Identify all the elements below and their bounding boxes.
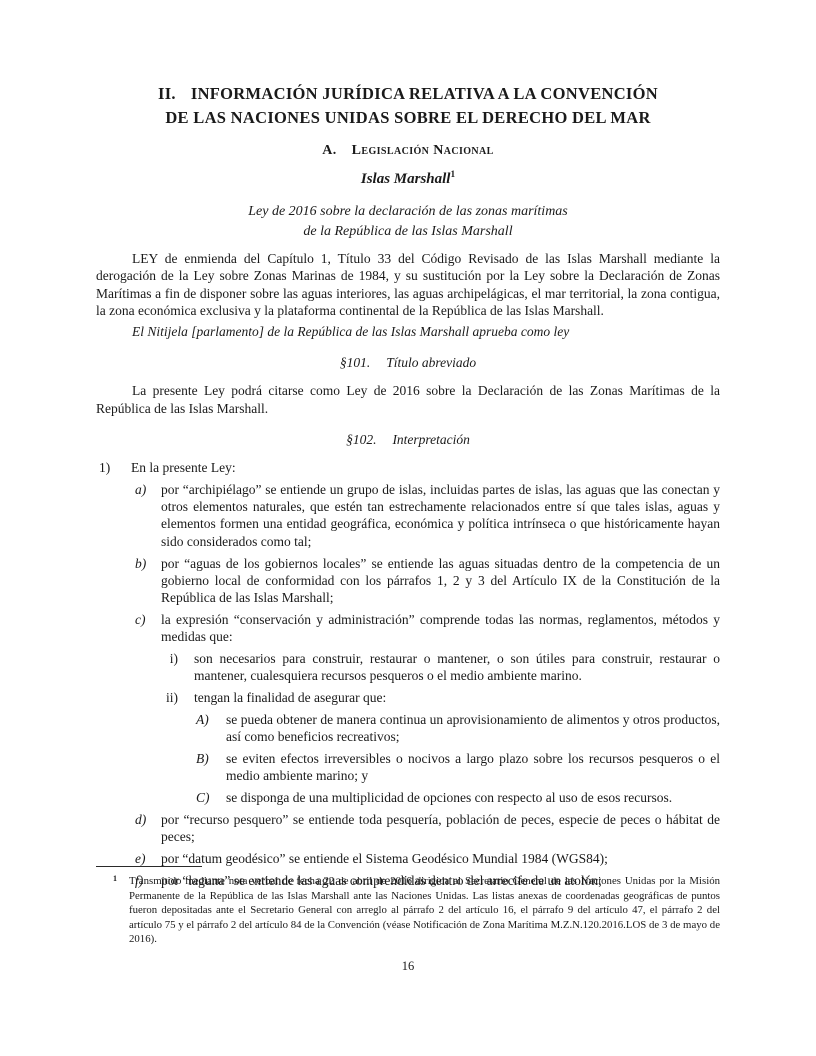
section-a-letter: A. [322, 143, 336, 158]
title-line1: II.INFORMACIÓN JURÍDICA RELATIVA A LA CO… [158, 84, 658, 103]
enacting-clause: El Nitijela [parlamento] de la República… [96, 323, 720, 340]
footnote-separator-rule [96, 866, 202, 867]
definition-text: por “aguas de los gobiernos locales” se … [161, 556, 720, 606]
definition-text: por “recurso pesquero” se entiende toda … [161, 812, 720, 844]
section-102-number: §102. [346, 432, 376, 447]
definition-item-d: d) por “recurso pesquero” se entiende to… [96, 811, 720, 846]
footnote-section: 1 Transmitido mediante nota verbal de fe… [96, 866, 720, 947]
list-item-text: En la presente Ley: [131, 460, 236, 475]
subsubitem-A: A) se pueda obtener de manera continua u… [96, 711, 720, 746]
list-marker: b) [135, 555, 146, 572]
section-101-heading: §101.Título abreviado [96, 355, 720, 371]
title-line1-text: INFORMACIÓN JURÍDICA RELATIVA A LA CONVE… [191, 84, 658, 103]
list-item-intro: 1) En la presente Ley: [96, 459, 720, 476]
subsubitem-text: se pueda obtener de manera continua un a… [226, 712, 720, 744]
footnote-text: Transmitido mediante nota verbal de fech… [129, 875, 720, 945]
subsubitem-C: C) se disponga de una multiplicidad de o… [96, 789, 720, 806]
list-marker: C) [196, 789, 210, 806]
list-marker: e) [135, 850, 146, 867]
country-heading: Islas Marshall1 [96, 171, 720, 188]
title-numeral: II. [158, 84, 176, 103]
definition-text: por “archipiélago” se entiende un grupo … [161, 482, 720, 549]
list-marker: i) [152, 650, 178, 667]
list-marker: c) [135, 611, 146, 628]
page-number: 16 [0, 959, 816, 974]
subitem-i: i) son necesarios para construir, restau… [96, 650, 720, 685]
law-title-line1: Ley de 2016 sobre la declaración de las … [248, 204, 568, 219]
title-line2-text: DE LAS NACIONES UNIDAS SOBRE EL DERECHO … [165, 108, 650, 127]
subsubitem-B: B) se eviten efectos irreversibles o noc… [96, 750, 720, 785]
subsubitem-text: se disponga de una multiplicidad de opci… [226, 790, 672, 805]
section-101-title: Título abreviado [386, 355, 476, 370]
page-title: II.INFORMACIÓN JURÍDICA RELATIVA A LA CO… [96, 82, 720, 130]
section-102-title: Interpretación [392, 432, 469, 447]
section-102-heading: §102.Interpretación [96, 432, 720, 448]
subitem-text: tengan la finalidad de asegurar que: [194, 690, 386, 705]
definition-item-c: c) la expresión “conservación y administ… [96, 611, 720, 646]
list-marker: d) [135, 811, 146, 828]
definition-text: por “datum geodésico” se entiende el Sis… [161, 851, 608, 866]
law-title: Ley de 2016 sobre la declaración de las … [96, 202, 720, 241]
footnote-reference: 1 [450, 170, 455, 180]
subsubitem-text: se eviten efectos irreversibles o nocivo… [226, 751, 720, 783]
definition-item-a: a) por “archipiélago” se entiende un gru… [96, 481, 720, 550]
section-a-label: Legislación Nacional [352, 143, 494, 158]
footnote-marker: 1 [113, 872, 117, 887]
definition-item-b: b) por “aguas de los gobiernos locales” … [96, 555, 720, 607]
section-101-number: §101. [340, 355, 370, 370]
subitem-ii: ii) tengan la finalidad de asegurar que: [96, 689, 720, 706]
list-marker: 1) [99, 459, 110, 476]
preamble-paragraph: LEY de enmienda del Capítulo 1, Título 3… [96, 250, 720, 319]
definition-item-e: e) por “datum geodésico” se entiende el … [96, 850, 720, 867]
law-title-line2: de la República de las Islas Marshall [303, 224, 512, 239]
country-name: Islas Marshall [361, 171, 451, 187]
list-marker: ii) [152, 689, 178, 706]
list-marker: a) [135, 481, 146, 498]
subitem-text: son necesarios para construir, restaurar… [194, 651, 720, 683]
section-101-body: La presente Ley podrá citarse como Ley d… [96, 382, 720, 417]
footnote: 1 Transmitido mediante nota verbal de fe… [96, 874, 720, 947]
definition-text: la expresión “conservación y administrac… [161, 612, 720, 644]
section-a-heading: A.Legislación Nacional [96, 143, 720, 159]
document-page: II.INFORMACIÓN JURÍDICA RELATIVA A LA CO… [0, 0, 816, 1056]
list-marker: A) [196, 711, 209, 728]
list-marker: B) [196, 750, 209, 767]
